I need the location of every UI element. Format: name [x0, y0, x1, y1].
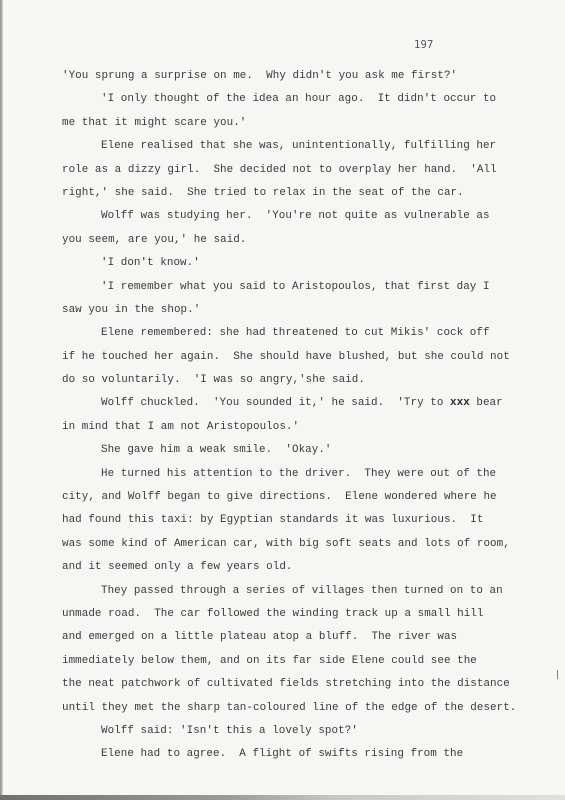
line-text: do so voluntarily. 'I was so angry,'she …	[62, 374, 365, 386]
text-line: 'I don't know.'	[62, 252, 542, 275]
line-text: was some kind of American car, with big …	[62, 538, 510, 550]
line-text: Elene had to agree. A flight of swifts r…	[101, 748, 463, 760]
text-line: if he touched her again. She should have…	[62, 346, 542, 369]
text-line: Elene had to agree. A flight of swifts r…	[62, 743, 542, 766]
scan-left-edge	[0, 0, 3, 795]
text-line: unmade road. The car followed the windin…	[62, 603, 542, 626]
line-text: and it seemed only a few years old.	[62, 561, 293, 573]
line-text: 'You sprung a surprise on me. Why didn't…	[62, 70, 457, 82]
line-text: 'I only thought of the idea an hour ago.…	[101, 93, 496, 105]
text-line: do so voluntarily. 'I was so angry,'she …	[62, 369, 542, 392]
text-line: Elene remembered: she had threatened to …	[62, 322, 542, 345]
line-text: Wolff chuckled. 'You sounded it,' he sai…	[101, 397, 450, 409]
line-text: She gave him a weak smile. 'Okay.'	[101, 444, 332, 456]
text-line: 'I only thought of the idea an hour ago.…	[62, 88, 542, 111]
text-line: and it seemed only a few years old.	[62, 556, 542, 579]
text-line: He turned his attention to the driver. T…	[62, 463, 542, 486]
text-line: They passed through a series of villages…	[62, 580, 542, 603]
line-text: They passed through a series of villages…	[101, 585, 503, 597]
line-text: city, and Wolff began to give directions…	[62, 491, 497, 503]
line-text: immediately below them, and on its far s…	[62, 655, 477, 667]
line-text: if he touched her again. She should have…	[62, 351, 510, 363]
text-line: city, and Wolff began to give directions…	[62, 486, 542, 509]
line-text: 'I don't know.'	[101, 257, 200, 269]
text-line: had found this taxi: by Egyptian standar…	[62, 509, 542, 532]
margin-mark	[557, 670, 558, 679]
line-text-continued: bear	[470, 397, 503, 409]
page-number: 197	[414, 39, 434, 51]
text-line: Wolff chuckled. 'You sounded it,' he sai…	[62, 392, 542, 415]
text-line: you seem, are you,' he said.	[62, 229, 542, 252]
text-line: Elene realised that she was, unintention…	[62, 135, 542, 158]
line-text: you seem, are you,' he said.	[62, 234, 246, 246]
text-line: until they met the sharp tan-coloured li…	[62, 697, 542, 720]
text-line: immediately below them, and on its far s…	[62, 650, 542, 673]
line-text: saw you in the shop.'	[62, 304, 200, 316]
line-text: right,' she said. She tried to relax in …	[62, 187, 464, 199]
text-line: Wolff was studying her. 'You're not quit…	[62, 205, 542, 228]
manuscript-page: 197 'You sprung a surprise on me. Why di…	[0, 0, 565, 800]
text-line: saw you in the shop.'	[62, 299, 542, 322]
line-text: 'I remember what you said to Aristopoulo…	[101, 281, 490, 293]
line-text: Wolff was studying her. 'You're not quit…	[101, 210, 490, 222]
struck-out-text: xxx	[450, 397, 470, 409]
line-text: in mind that I am not Aristopoulos.'	[62, 421, 299, 433]
text-line: Wolff said: 'Isn't this a lovely spot?'	[62, 720, 542, 743]
line-text: me that it might scare you.'	[62, 117, 246, 129]
line-text: Wolff said: 'Isn't this a lovely spot?'	[101, 725, 358, 737]
text-line: role as a dizzy girl. She decided not to…	[62, 159, 542, 182]
text-line: the neat patchwork of cultivated fields …	[62, 673, 542, 696]
line-text: Elene realised that she was, unintention…	[101, 140, 496, 152]
line-text: the neat patchwork of cultivated fields …	[62, 678, 510, 690]
line-text: role as a dizzy girl. She decided not to…	[62, 164, 497, 176]
line-text: had found this taxi: by Egyptian standar…	[62, 514, 483, 526]
line-text: Elene remembered: she had threatened to …	[101, 327, 490, 339]
text-line: 'You sprung a surprise on me. Why didn't…	[62, 65, 542, 88]
line-text: unmade road. The car followed the windin…	[62, 608, 483, 620]
text-line: right,' she said. She tried to relax in …	[62, 182, 542, 205]
scan-bottom-edge	[0, 795, 565, 800]
text-line: was some kind of American car, with big …	[62, 533, 542, 556]
text-line: 'I remember what you said to Aristopoulo…	[62, 276, 542, 299]
line-text: until they met the sharp tan-coloured li…	[62, 702, 516, 714]
text-line: me that it might scare you.'	[62, 112, 542, 135]
line-text: and emerged on a little plateau atop a b…	[62, 631, 457, 643]
line-text: He turned his attention to the driver. T…	[101, 468, 496, 480]
text-line: She gave him a weak smile. 'Okay.'	[62, 439, 542, 462]
text-line: in mind that I am not Aristopoulos.'	[62, 416, 542, 439]
body-text: 'You sprung a surprise on me. Why didn't…	[62, 65, 542, 767]
text-line: and emerged on a little plateau atop a b…	[62, 626, 542, 649]
